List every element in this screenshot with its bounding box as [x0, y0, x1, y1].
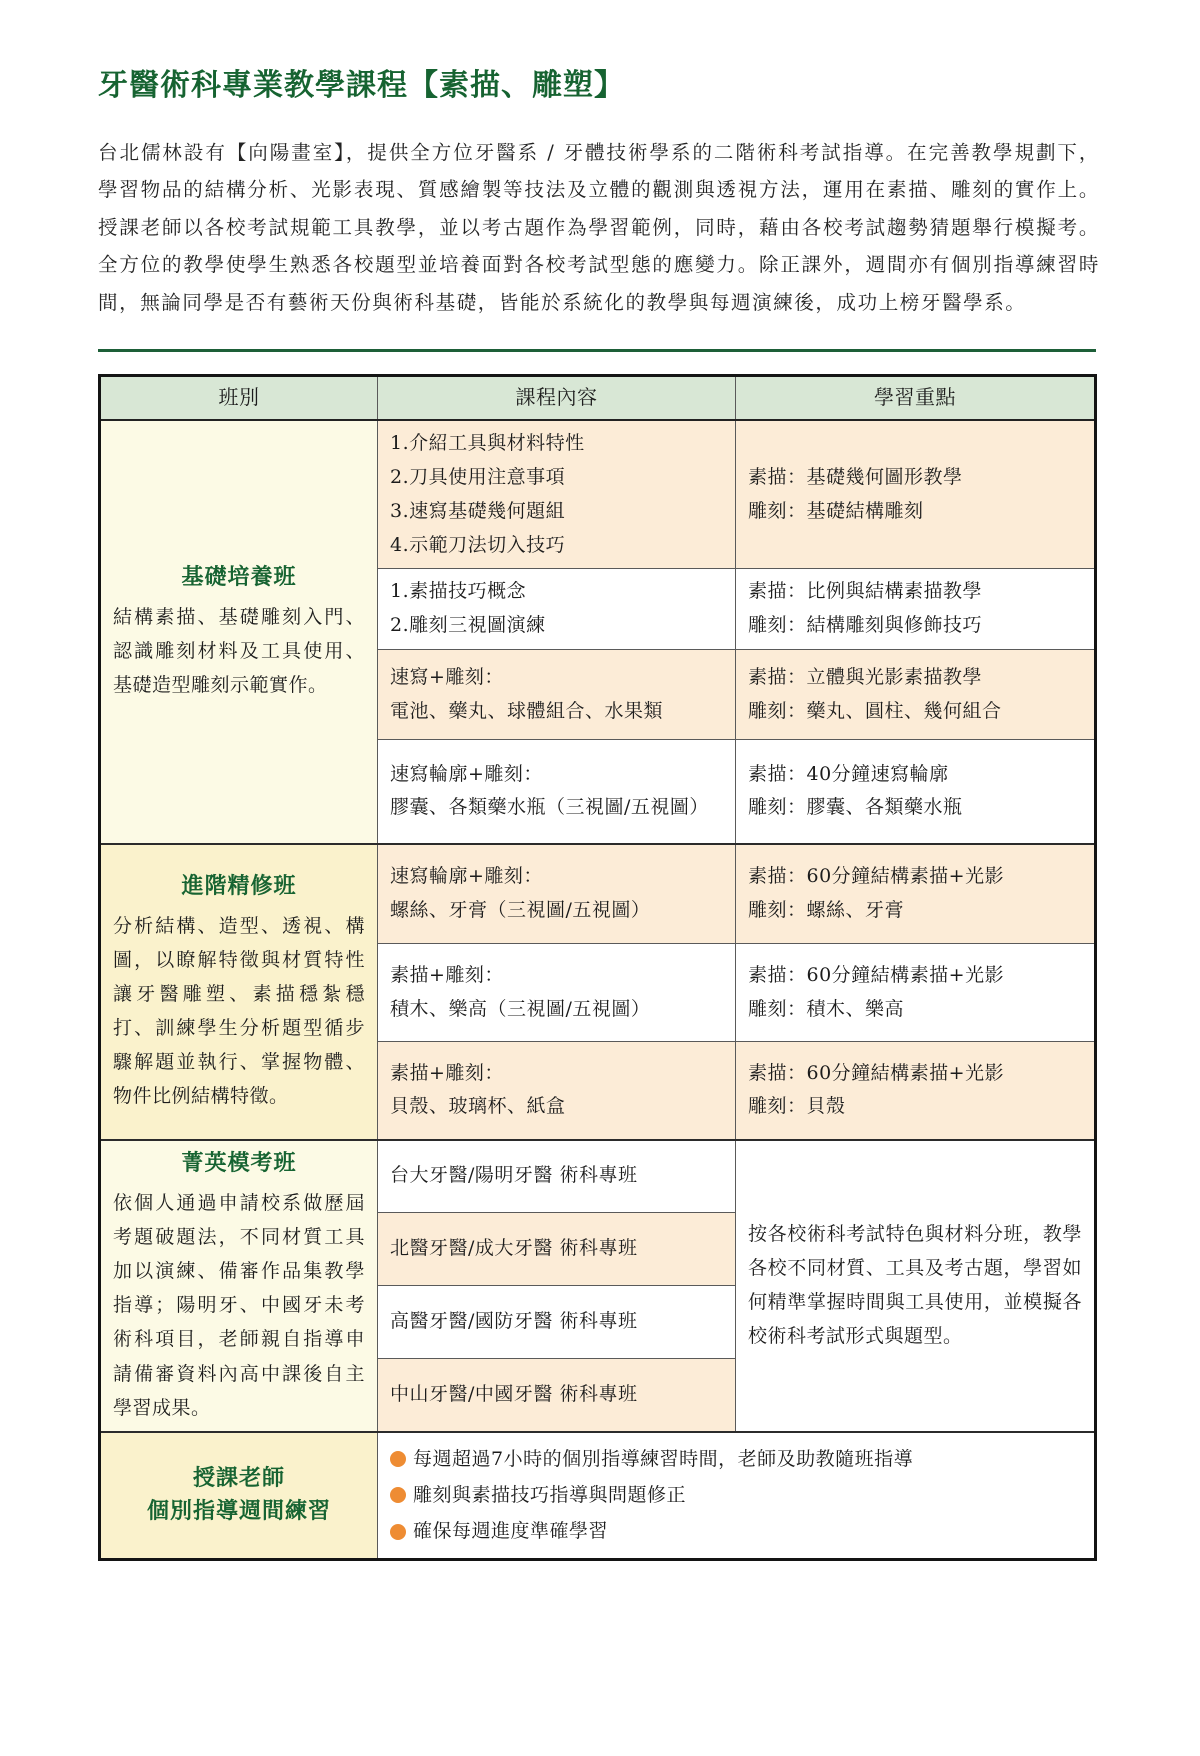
learning-points-cell: 素描：比例與結構素描教學 雕刻：結構雕刻與修飾技巧	[736, 569, 1096, 650]
page-title: 牙醫術科專業教學課程【素描、雕塑】	[98, 60, 1100, 104]
learning-points-cell: 素描：60分鐘結構素描+光影 雕刻：積木、樂高	[736, 944, 1096, 1042]
class-cell-teacher: 授課老師 個別指導週間練習	[100, 1432, 378, 1559]
learning-points-cell: 素描：立體與光影素描教學 雕刻：藥丸、圓柱、幾何組合	[736, 650, 1096, 740]
bullet-item: 確保每週進度準確學習	[390, 1515, 1082, 1547]
class-desc: 依個人通過申請校系做歷屆考題破題法，不同材質工具加以演練、備審作品集教學指導；陽…	[113, 1186, 365, 1425]
class-name: 進階精修班	[113, 870, 365, 903]
table-header-row: 班別 課程內容 學習重點	[100, 376, 1096, 421]
table-row: 授課老師 個別指導週間練習 每週超過7小時的個別指導練習時間，老師及助教隨班指導…	[100, 1432, 1096, 1559]
course-content-cell: 1.介紹工具與材料特性 2.刀具使用注意事項 3.速寫基礎幾何題組 4.示範刀法…	[378, 420, 736, 569]
intro-paragraph: 台北儒林設有【向陽畫室】，提供全方位牙醫系 / 牙體技術學系的二階術科考試指導。…	[98, 134, 1100, 321]
class-desc: 結構素描、基礎雕刻入門、認識雕刻材料及工具使用、基礎造型雕刻示範實作。	[113, 600, 365, 703]
bullet-item: 雕刻與素描技巧指導與問題修正	[390, 1479, 1082, 1511]
class-cell-elite: 菁英模考班 依個人通過申請校系做歷屆考題破題法，不同材質工具加以演練、備審作品集…	[100, 1140, 378, 1432]
col-header-content: 課程內容	[378, 376, 736, 421]
bullet-text: 確保每週進度準確學習	[413, 1515, 608, 1547]
bullet-dot-icon	[390, 1524, 406, 1540]
class-name: 基礎培養班	[113, 561, 365, 594]
course-content-cell: 北醫牙醫/成大牙醫 術科專班	[378, 1213, 736, 1286]
course-table: 班別 課程內容 學習重點 基礎培養班 結構素描、基礎雕刻入門、認識雕刻材料及工具…	[98, 374, 1097, 1561]
class-name: 菁英模考班	[113, 1147, 365, 1180]
learning-points-merged-cell: 按各校術科考試特色與材料分班，教學各校不同材質、工具及考古題，學習如何精準掌握時…	[736, 1140, 1096, 1432]
course-content-cell: 高醫牙醫/國防牙醫 術科專班	[378, 1286, 736, 1359]
bullet-text: 雕刻與素描技巧指導與問題修正	[413, 1479, 686, 1511]
col-header-points: 學習重點	[736, 376, 1096, 421]
course-content-cell: 素描+雕刻： 積木、樂高（三視圖/五視圖）	[378, 944, 736, 1042]
class-desc: 分析結構、造型、透視、構圖，以瞭解特徵與材質特性讓牙醫雕塑、素描穩紮穩打、訓練學…	[113, 909, 365, 1114]
learning-points-cell: 素描：60分鐘結構素描+光影 雕刻：貝殼	[736, 1042, 1096, 1140]
bullet-dot-icon	[390, 1487, 406, 1503]
green-divider	[98, 349, 1096, 352]
learning-points-cell: 素描：60分鐘結構素描+光影 雕刻：螺絲、牙膏	[736, 844, 1096, 944]
class-cell-advanced: 進階精修班 分析結構、造型、透視、構圖，以瞭解特徵與材質特性讓牙醫雕塑、素描穩紮…	[100, 844, 378, 1140]
teacher-bullets-cell: 每週超過7小時的個別指導練習時間，老師及助教隨班指導 雕刻與素描技巧指導與問題修…	[378, 1432, 1096, 1559]
course-content-cell: 速寫輪廓+雕刻： 膠囊、各類藥水瓶（三視圖/五視圖）	[378, 740, 736, 844]
learning-points-cell: 素描：40分鐘速寫輪廓 雕刻：膠囊、各類藥水瓶	[736, 740, 1096, 844]
course-content-cell: 台大牙醫/陽明牙醫 術科專班	[378, 1140, 736, 1213]
class-cell-basic: 基礎培養班 結構素描、基礎雕刻入門、認識雕刻材料及工具使用、基礎造型雕刻示範實作…	[100, 420, 378, 843]
learning-points-cell: 素描：基礎幾何圖形教學 雕刻：基礎結構雕刻	[736, 420, 1096, 569]
class-name: 授課老師 個別指導週間練習	[113, 1462, 365, 1528]
course-content-cell: 1.素描技巧概念 2.雕刻三視圖演練	[378, 569, 736, 650]
bullet-text: 每週超過7小時的個別指導練習時間，老師及助教隨班指導	[413, 1443, 913, 1475]
course-content-cell: 速寫輪廓+雕刻： 螺絲、牙膏（三視圖/五視圖）	[378, 844, 736, 944]
page-content: 牙醫術科專業教學課程【素描、雕塑】 台北儒林設有【向陽畫室】，提供全方位牙醫系 …	[98, 60, 1100, 1561]
course-content-cell: 速寫+雕刻： 電池、藥丸、球體組合、水果類	[378, 650, 736, 740]
table-row: 基礎培養班 結構素描、基礎雕刻入門、認識雕刻材料及工具使用、基礎造型雕刻示範實作…	[100, 420, 1096, 569]
table-row: 菁英模考班 依個人通過申請校系做歷屆考題破題法，不同材質工具加以演練、備審作品集…	[100, 1140, 1096, 1213]
course-content-cell: 中山牙醫/中國牙醫 術科專班	[378, 1359, 736, 1432]
course-content-cell: 素描+雕刻： 貝殼、玻璃杯、紙盒	[378, 1042, 736, 1140]
bullet-item: 每週超過7小時的個別指導練習時間，老師及助教隨班指導	[390, 1443, 1082, 1475]
table-row: 進階精修班 分析結構、造型、透視、構圖，以瞭解特徵與材質特性讓牙醫雕塑、素描穩紮…	[100, 844, 1096, 944]
col-header-class: 班別	[100, 376, 378, 421]
bullet-dot-icon	[390, 1451, 406, 1467]
